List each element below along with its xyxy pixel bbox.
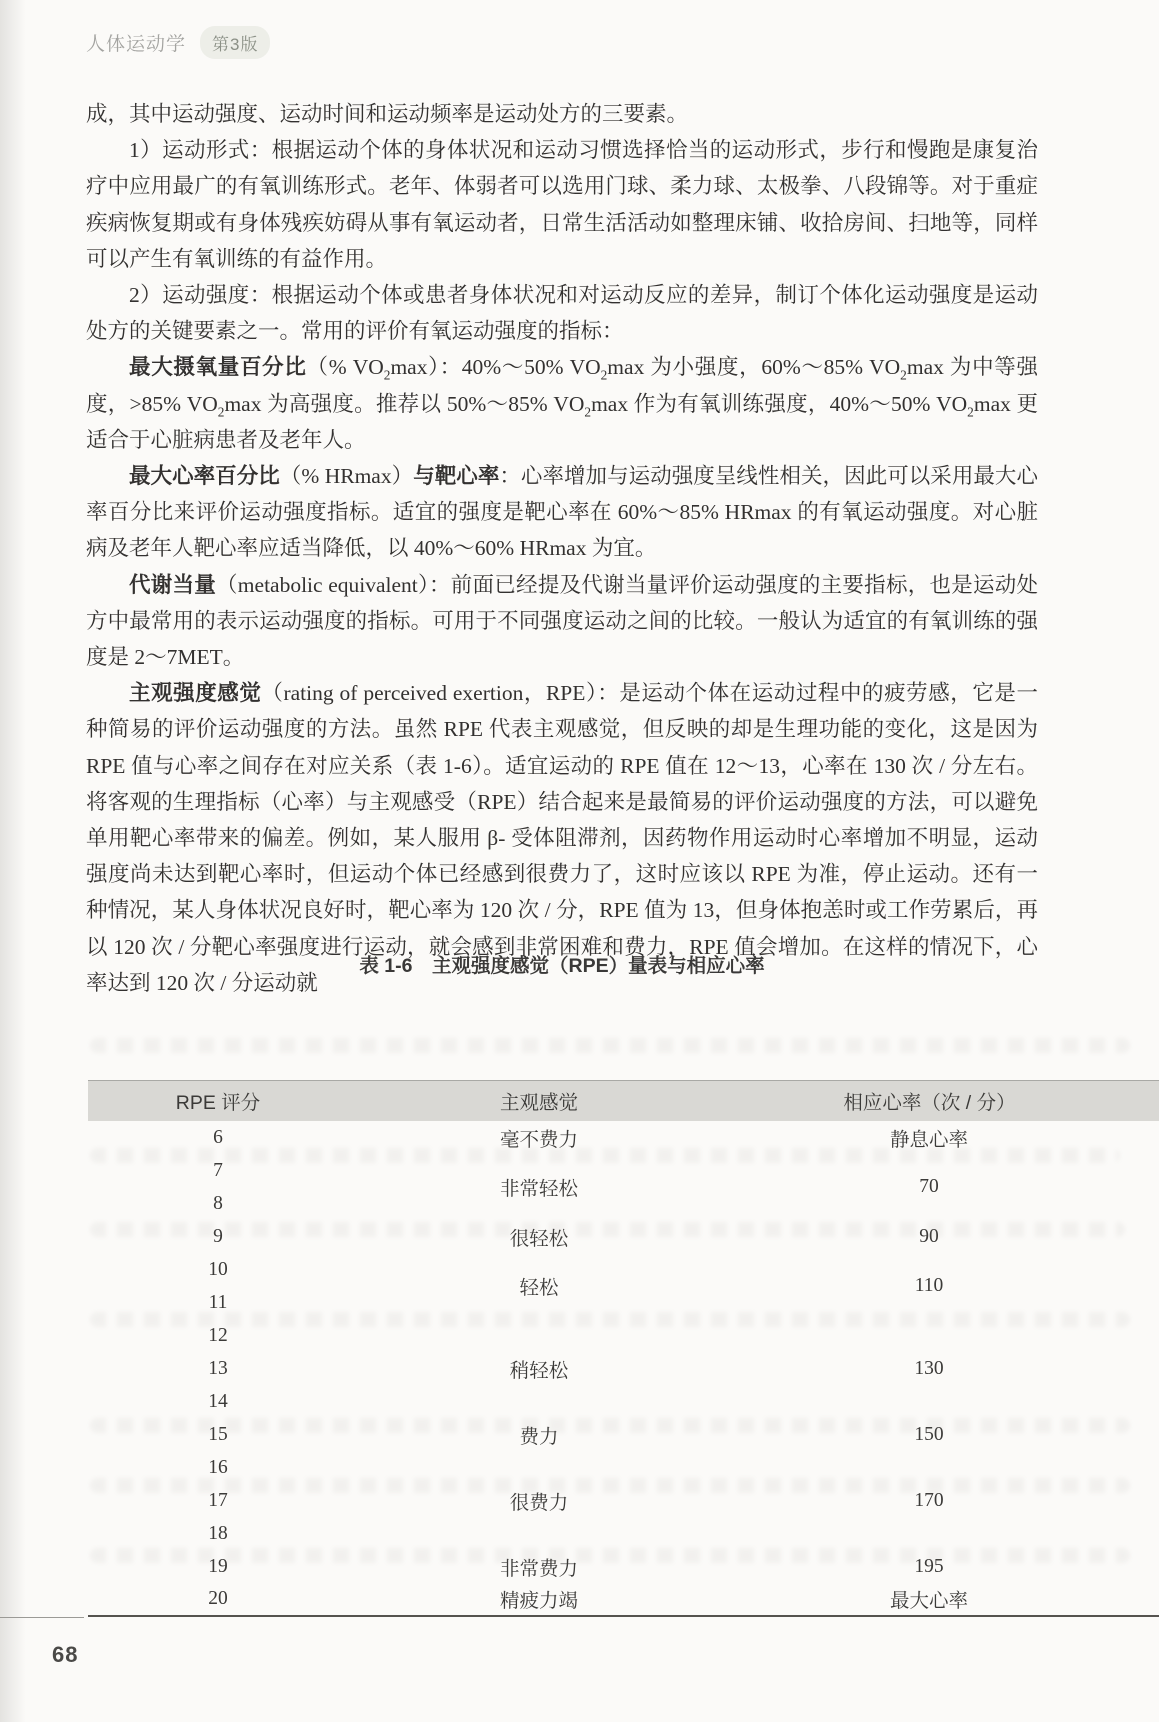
paragraph: 2）运动强度：根据运动个体或患者身体状况和对运动反应的差异，制订个体化运动强度是… bbox=[86, 277, 1038, 349]
cell-rpe: 16 bbox=[88, 1451, 348, 1484]
table-row: 13稍轻松130 bbox=[88, 1352, 1159, 1385]
cell-rpe: 15 bbox=[88, 1418, 348, 1451]
rpe-value: 8 bbox=[88, 1187, 348, 1220]
cell-heart-rate: 170 bbox=[730, 1484, 1159, 1517]
text-run: （rating of perceived exertion，RPE）：是运动个体… bbox=[86, 681, 1038, 995]
cell-heart-rate: 150 bbox=[730, 1418, 1159, 1451]
term-bold: 与靶心率 bbox=[413, 464, 499, 488]
cell-heart-rate: 静息心率 bbox=[730, 1121, 1159, 1154]
cell-rpe: 14 bbox=[88, 1385, 348, 1418]
paragraph: 1）运动形式：根据运动个体的身体状况和运动习惯选择恰当的运动形式，步行和慢跑是康… bbox=[86, 132, 1038, 277]
edition-badge: 第3版 bbox=[200, 26, 270, 59]
cell-feeling: 毫不费力 bbox=[348, 1121, 730, 1154]
table-row: 12 bbox=[88, 1319, 1159, 1352]
table-row: 18 bbox=[88, 1517, 1159, 1550]
cell-feeling bbox=[348, 1319, 730, 1352]
book-title: 人体运动学 bbox=[86, 29, 186, 56]
cell-heart-rate bbox=[730, 1319, 1159, 1352]
text-run: 成，其中运动强度、运动时间和运动频率是运动处方的三要素。 bbox=[86, 102, 688, 126]
table-row: 6毫不费力静息心率 bbox=[88, 1121, 1159, 1154]
table-header-row: RPE 评分主观感觉相应心率（次 / 分） bbox=[88, 1081, 1159, 1122]
page-number: 68 bbox=[52, 1642, 78, 1668]
cell-feeling: 费力 bbox=[348, 1418, 730, 1451]
margin-rule bbox=[0, 1617, 84, 1618]
table-row: 1011轻松110 bbox=[88, 1253, 1159, 1319]
cell-feeling bbox=[348, 1451, 730, 1484]
cell-heart-rate: 最大心率 bbox=[730, 1583, 1159, 1616]
rpe-value: 10 bbox=[88, 1253, 348, 1286]
cell-heart-rate: 90 bbox=[730, 1220, 1159, 1253]
paragraph: 最大摄氧量百分比（% VO2max）：40%～50% VO2max 为小强度，6… bbox=[86, 349, 1038, 458]
rpe-table-head: RPE 评分主观感觉相应心率（次 / 分） bbox=[88, 1081, 1159, 1122]
cell-heart-rate: 130 bbox=[730, 1352, 1159, 1385]
paragraph: 成，其中运动强度、运动时间和运动频率是运动处方的三要素。 bbox=[86, 96, 1038, 132]
cell-rpe: 18 bbox=[88, 1517, 348, 1550]
text-run: 2）运动强度：根据运动个体或患者身体状况和对运动反应的差异，制订个体化运动强度是… bbox=[86, 283, 1038, 343]
cell-heart-rate: 70 bbox=[730, 1154, 1159, 1220]
cell-rpe: 6 bbox=[88, 1121, 348, 1154]
text-run: （% HRmax） bbox=[280, 464, 413, 488]
page-gutter-shadow bbox=[0, 0, 26, 1722]
cell-feeling bbox=[348, 1385, 730, 1418]
term-bold: 最大心率百分比 bbox=[129, 464, 280, 488]
rpe-table-body: 6毫不费力静息心率78非常轻松709很轻松901011轻松1101213稍轻松1… bbox=[88, 1121, 1159, 1616]
cell-heart-rate bbox=[730, 1451, 1159, 1484]
cell-rpe: 1011 bbox=[88, 1253, 348, 1319]
text-run: （% VO bbox=[307, 355, 384, 379]
cell-rpe: 20 bbox=[88, 1583, 348, 1616]
scan-bleedthrough bbox=[90, 1038, 1130, 1053]
text-run: max）：40%～50% VO bbox=[390, 355, 600, 379]
table-row: 19非常费力195 bbox=[88, 1550, 1159, 1583]
cell-feeling: 非常轻松 bbox=[348, 1154, 730, 1220]
cell-feeling bbox=[348, 1517, 730, 1550]
cell-feeling: 精疲力竭 bbox=[348, 1583, 730, 1616]
text-run: max 为小强度，60%～85% VO bbox=[607, 355, 900, 379]
paragraph: 最大心率百分比（% HRmax）与靶心率：心率增加与运动强度呈线性相关，因此可以… bbox=[86, 458, 1038, 567]
cell-rpe: 78 bbox=[88, 1154, 348, 1220]
table-caption: 表 1-6 主观强度感觉（RPE）量表与相应心率 bbox=[86, 950, 1038, 978]
text-run: max 为高强度。推荐以 50%～85% VO bbox=[224, 392, 584, 416]
cell-feeling: 很费力 bbox=[348, 1484, 730, 1517]
cell-rpe: 9 bbox=[88, 1220, 348, 1253]
cell-feeling: 很轻松 bbox=[348, 1220, 730, 1253]
cell-feeling: 稍轻松 bbox=[348, 1352, 730, 1385]
paragraph: 代谢当量（metabolic equivalent）：前面已经提及代谢当量评价运… bbox=[86, 567, 1038, 676]
table-row: 14 bbox=[88, 1385, 1159, 1418]
rpe-table: RPE 评分主观感觉相应心率（次 / 分） 6毫不费力静息心率78非常轻松709… bbox=[88, 1080, 1159, 1617]
table-row: 9很轻松90 bbox=[88, 1220, 1159, 1253]
cell-feeling: 轻松 bbox=[348, 1253, 730, 1319]
table-row: 16 bbox=[88, 1451, 1159, 1484]
cell-heart-rate bbox=[730, 1385, 1159, 1418]
rpe-value: 11 bbox=[88, 1286, 348, 1319]
cell-rpe: 12 bbox=[88, 1319, 348, 1352]
cell-heart-rate: 110 bbox=[730, 1253, 1159, 1319]
table-row: 15费力150 bbox=[88, 1418, 1159, 1451]
cell-heart-rate bbox=[730, 1517, 1159, 1550]
cell-feeling: 非常费力 bbox=[348, 1550, 730, 1583]
text-run: max 作为有氧训练强度，40%～50% VO bbox=[591, 392, 967, 416]
page-header: 人体运动学 第3版 bbox=[86, 26, 270, 59]
term-bold: 主观强度感觉 bbox=[129, 681, 261, 705]
cell-rpe: 19 bbox=[88, 1550, 348, 1583]
term-bold: 最大摄氧量百分比 bbox=[129, 355, 307, 379]
table-row: 17很费力170 bbox=[88, 1484, 1159, 1517]
subscript: 2 bbox=[900, 368, 907, 383]
book-page: 人体运动学 第3版 成，其中运动强度、运动时间和运动频率是运动处方的三要素。1）… bbox=[0, 0, 1159, 1722]
cell-rpe: 13 bbox=[88, 1352, 348, 1385]
text-run: 1）运动形式：根据运动个体的身体状况和运动习惯选择恰当的运动形式，步行和慢跑是康… bbox=[86, 138, 1038, 271]
body-text: 成，其中运动强度、运动时间和运动频率是运动处方的三要素。1）运动形式：根据运动个… bbox=[86, 96, 1038, 1001]
term-bold: 代谢当量 bbox=[129, 573, 216, 597]
subscript: 2 bbox=[967, 404, 974, 419]
table-row: 78非常轻松70 bbox=[88, 1154, 1159, 1220]
column-header: RPE 评分 bbox=[88, 1081, 348, 1122]
rpe-value: 7 bbox=[88, 1154, 348, 1187]
column-header: 相应心率（次 / 分） bbox=[730, 1081, 1159, 1122]
table-row: 20精疲力竭最大心率 bbox=[88, 1583, 1159, 1616]
column-header: 主观感觉 bbox=[348, 1081, 730, 1122]
cell-rpe: 17 bbox=[88, 1484, 348, 1517]
text-run: （metabolic equivalent）：前面已经提及代谢当量评价运动强度的… bbox=[86, 573, 1038, 669]
cell-heart-rate: 195 bbox=[730, 1550, 1159, 1583]
